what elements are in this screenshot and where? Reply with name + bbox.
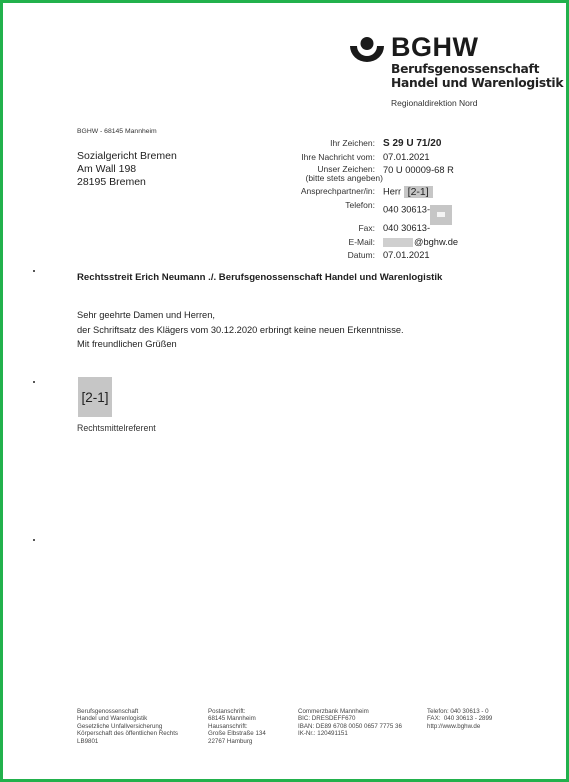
salutation: Sehr geehrte Damen und Herren, — [77, 308, 404, 323]
recipient-city: 28195 Bremen — [77, 176, 177, 189]
logo-subtitle-line2: Handel und Warenlogistik — [391, 76, 563, 90]
ref-label: Ansprechpartner/in: — [280, 186, 383, 198]
ref-label: Telefon: — [280, 200, 383, 220]
bghw-logo-icon — [350, 36, 384, 62]
footer-line: Handel und Warenlogistik — [77, 715, 178, 722]
footer-organization: Berufsgenossenschaft Handel und Warenlog… — [77, 708, 178, 745]
subject-line: Rechtsstreit Erich Neumann ./. Berufsgen… — [77, 272, 442, 283]
phone-number: 040 30613- — [383, 205, 430, 215]
redacted-contact-name: [2-1] — [404, 186, 433, 198]
ref-row-phone: Telefon: 040 30613- — [280, 200, 520, 220]
logo-subtitle: Berufsgenossenschaft Handel und Warenlog… — [391, 62, 563, 90]
reference-block: Ihr Zeichen: S 29 U 71/20 Ihre Nachricht… — [280, 138, 520, 264]
footer-line: IBAN: DE89 6708 0050 0657 7775 36 — [298, 723, 402, 730]
footer-line: Postanschrift: — [208, 708, 266, 715]
ref-row-contact: Ansprechpartner/in: Herr [2-1] — [280, 186, 520, 198]
body-paragraph: der Schriftsatz des Klägers vom 30.12.20… — [77, 323, 404, 338]
region-office: Regionaldirektion Nord — [391, 98, 477, 108]
recipient-name: Sozialgericht Bremen — [77, 150, 177, 163]
footer-line: Gesetzliche Unfallversicherung — [77, 723, 178, 730]
ref-label: Unser Zeichen: (bitte stets angeben) — [280, 165, 383, 183]
footer-line: BIC: DRESDEFF670 — [298, 715, 402, 722]
punch-mark — [33, 381, 35, 383]
footer-line: IK-Nr.: 120491151 — [298, 730, 402, 737]
ref-value: 040 30613- — [383, 200, 452, 220]
redacted-signature: [2-1] — [78, 377, 112, 417]
ref-value: S 29 U 71/20 — [383, 138, 441, 149]
logo-subtitle-line1: Berufsgenossenschaft — [391, 62, 563, 76]
footer-bank: Commerzbank Mannheim BIC: DRESDEFF670 IB… — [298, 708, 402, 738]
signer-title: Rechtsmittelreferent — [77, 423, 156, 433]
footer-line: Berufsgenossenschaft — [77, 708, 178, 715]
email-domain: @bghw.de — [414, 237, 458, 247]
ref-value: Herr [2-1] — [383, 186, 433, 198]
ref-label: Ihr Zeichen: — [280, 138, 383, 149]
sender-return-line: BGHW - 68145 Mannheim — [77, 128, 157, 135]
ref-value: @bghw.de — [383, 237, 458, 248]
footer-website: http://www.bghw.de — [427, 723, 492, 730]
ref-row-nachricht: Ihre Nachricht vom: 07.01.2021 — [280, 152, 520, 163]
punch-mark — [33, 539, 35, 541]
letter-body: Sehr geehrte Damen und Herren, der Schri… — [77, 308, 404, 352]
ref-label: Ihre Nachricht vom: — [280, 152, 383, 163]
ref-row-unser-zeichen: Unser Zeichen: (bitte stets angeben) 70 … — [280, 165, 520, 183]
footer-line: Commerzbank Mannheim — [298, 708, 402, 715]
logo-name: BGHW — [391, 33, 478, 61]
footer-line: LB9801 — [77, 738, 178, 745]
footer-line: 68145 Mannheim — [208, 715, 266, 722]
ref-label: Fax: — [280, 223, 383, 234]
letter-date: 07.01.2021 — [383, 250, 430, 261]
ref-label-note: (bitte stets angeben) — [280, 174, 383, 183]
footer-line: FAX: 040 30613 - 2899 — [427, 715, 492, 722]
ref-value: 07.01.2021 — [383, 152, 430, 163]
recipient-address: Sozialgericht Bremen Am Wall 198 28195 B… — [77, 150, 177, 189]
footer-line: Körperschaft des öffentlichen Rechts — [77, 730, 178, 737]
recipient-street: Am Wall 198 — [77, 163, 177, 176]
ref-value: 70 U 00009-68 R — [383, 165, 454, 183]
ref-row-email: E-Mail: @bghw.de — [280, 237, 520, 248]
punch-mark — [33, 270, 35, 272]
redacted-extension — [430, 205, 452, 225]
ref-row-fax: Fax: 040 30613- — [280, 223, 520, 234]
footer-line: Große Elbstraße 134 — [208, 730, 266, 737]
footer-line: Telefon: 040 30613 - 0 — [427, 708, 492, 715]
closing: Mit freundlichen Grüßen — [77, 337, 404, 352]
footer-line: 22767 Hamburg — [208, 738, 266, 745]
ref-label: E-Mail: — [280, 237, 383, 248]
ref-row-date: Datum: 07.01.2021 — [280, 250, 520, 261]
ref-label: Datum: — [280, 250, 383, 261]
redacted-email-user — [383, 238, 413, 247]
footer-contact: Telefon: 040 30613 - 0 FAX: 040 30613 - … — [427, 708, 492, 730]
ref-row-ihr-zeichen: Ihr Zeichen: S 29 U 71/20 — [280, 138, 520, 149]
contact-salutation: Herr — [383, 186, 401, 196]
footer-addresses: Postanschrift: 68145 Mannheim Hausanschr… — [208, 708, 266, 745]
footer-line: Hausanschrift: — [208, 723, 266, 730]
fax-number: 040 30613- — [383, 223, 430, 234]
